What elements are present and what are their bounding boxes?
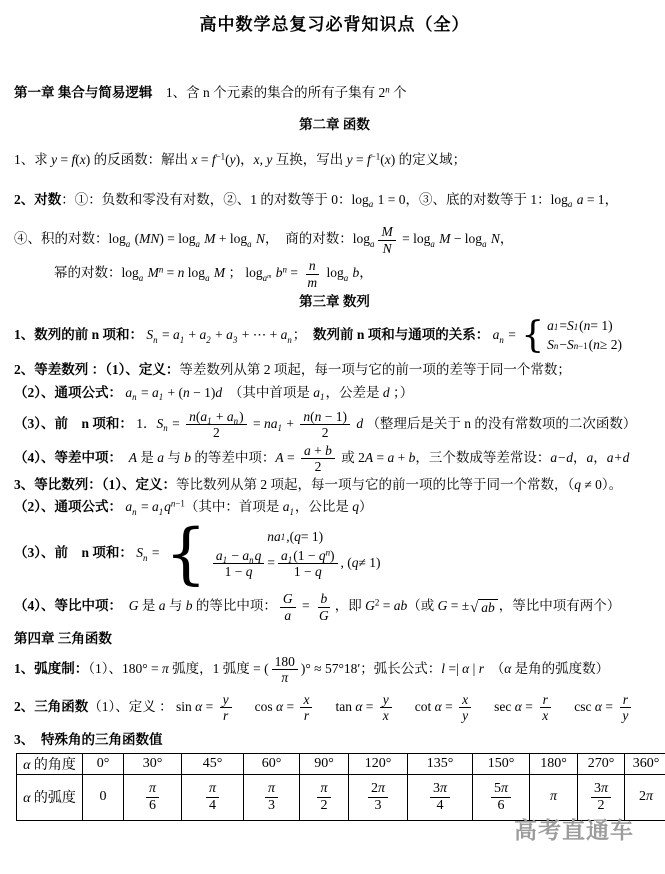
fraction-numerator: 180 [272, 654, 298, 671]
fraction-denominator: N [380, 241, 395, 257]
math-var: a [489, 327, 499, 342]
table-cell: α 的弧度 [17, 774, 83, 820]
math-var: b [184, 450, 191, 465]
math-subscript: 1 [289, 507, 293, 517]
math-var: b [325, 443, 332, 458]
math-roman: 360° [633, 756, 660, 771]
text-run: （其中首项是 [222, 385, 313, 400]
ch1-line: 第一章 集合与简易逻辑 1、含 n 个元素的集合的所有子集有 2n 个 [14, 83, 655, 103]
math-subscript: n [153, 335, 157, 345]
math-roman: + ⋯ + [238, 327, 280, 342]
math-roman: − [559, 337, 567, 354]
math-roman: log [109, 231, 126, 246]
gp-sum: （3）、前 n 项和： Sn = {na1 ,(q = 1)a1 − anq1 … [14, 521, 655, 587]
math-var: a+d [607, 450, 630, 465]
math-fraction: n(n − 1)2 [300, 409, 350, 441]
math-subscript: n [163, 423, 167, 433]
fn-log-3: 幂的对数：loga Mn = n loga M ； logam bn = nm … [54, 258, 655, 290]
math-var: a [122, 385, 132, 400]
math-var: q [255, 548, 262, 563]
math-roman: log [242, 265, 263, 280]
math-subscript: 1 [159, 392, 163, 402]
text-run: ，③、底的对数等于 1： [405, 192, 550, 207]
math-subscript: 3 [233, 335, 237, 345]
math-roman: − 1) [321, 409, 347, 424]
ap-sum: （3）、前 n 项和： 1．Sn = n(a1 + an)2 = na1 + n… [14, 409, 655, 441]
math-roman: − log [450, 231, 482, 246]
math-roman: ≥ 2) [600, 337, 622, 354]
math-var: ab [481, 600, 495, 615]
math-roman: log [122, 265, 139, 280]
fraction-numerator: π [206, 781, 219, 798]
text-run: ， [359, 265, 373, 280]
math-fraction: 3π4 [430, 781, 450, 814]
math-var: π [162, 661, 169, 676]
math-fraction: 5π6 [491, 781, 511, 814]
math-roman: = [283, 699, 297, 714]
math-roman: 3 [268, 798, 275, 813]
math-roman: 1 − [225, 564, 246, 579]
table-cell: 150° [473, 753, 530, 774]
math-var: α [273, 699, 283, 714]
math-subscript: n [287, 335, 291, 345]
ch2-heading: 第二章 函数 [14, 115, 655, 135]
math-fraction: xr [300, 692, 312, 724]
ap-def: 2、等差数列 ：（1）、定义：等差数列从第 2 项起，每一项与它的前一项的差等于… [14, 360, 655, 380]
fraction-numerator: M [378, 224, 395, 241]
math-var: a [227, 409, 234, 424]
math-roman: 135° [427, 756, 454, 771]
fraction-numerator: 3π [430, 781, 450, 798]
text-run: 的反函数：解出 [90, 152, 191, 167]
math-supscript: −1 [216, 151, 225, 161]
document-body: 第一章 集合与简易逻辑 1、含 n 个元素的集合的所有子集有 2n 个第二章 函… [14, 83, 655, 750]
math-roman: = ± [447, 598, 469, 613]
math-roman: ) [239, 409, 244, 424]
bold-text-run: 2、等差数列 ：（1）、定义： [14, 362, 179, 377]
table-cell: π4 [182, 774, 244, 820]
special-angles-table-wrap: α 的角度0°30°45°60°90°120°135°150°180°270°3… [14, 753, 655, 821]
fraction-numerator: y [220, 692, 232, 709]
text-run: ；弧长公式： [360, 661, 441, 676]
fraction-denominator: 4 [206, 798, 219, 814]
math-var: S [133, 545, 143, 560]
fraction-numerator: 2π [368, 781, 388, 798]
math-subscript: 1 [180, 335, 184, 345]
bold-text-run: 第一章 集合与简易逻辑 [14, 85, 152, 100]
bold-text-run: （3）、前 n 项和： [14, 416, 133, 431]
table-cell: α 的角度 [17, 753, 83, 774]
math-roman: + log [216, 231, 248, 246]
table-cell: 45° [182, 753, 244, 774]
math-roman: + ( [164, 385, 183, 400]
fraction-denominator: r [220, 708, 231, 724]
math-roman: −1 [175, 499, 184, 509]
fraction-numerator: G [280, 591, 296, 608]
math-roman: 2 [639, 789, 646, 804]
math-fraction: 180π [272, 654, 298, 686]
math-var: x [303, 692, 309, 707]
table-cell: π3 [244, 774, 300, 820]
seq-sum: 1、数列的前 n 项和： Sn = a1 + a2 + a3 + ⋯ + an；… [14, 318, 655, 354]
document-page: 高中数学总复习必背知识点（全） 第一章 集合与简易逻辑 1、含 n 个元素的集合… [0, 0, 665, 874]
math-roman: 0 [100, 789, 107, 804]
math-var: α [192, 699, 202, 714]
math-roman: log [551, 192, 568, 207]
bold-text-run: 第四章 三角函数 [14, 631, 112, 646]
math-fraction: Ga [280, 591, 296, 623]
math-supscript: n−1 [171, 499, 185, 509]
math-roman: 2 [358, 450, 365, 465]
math-subscript: a [369, 199, 373, 209]
math-roman: 3 [433, 781, 440, 796]
math-var: x [383, 708, 389, 723]
text-run: ， [573, 450, 587, 465]
math-subscript: n [499, 335, 503, 345]
math-subscript: am [263, 273, 272, 283]
fraction-numerator: a1 − anq [213, 548, 265, 565]
math-var: q [294, 529, 301, 546]
text-run: 的定义域； [395, 152, 466, 167]
math-roman: sec [494, 699, 511, 714]
math-roman: 4 [436, 798, 443, 813]
math-roman: cos [255, 699, 273, 714]
bold-text-run: （2）、通项公式： [14, 385, 122, 400]
math-roman: = [138, 385, 152, 400]
math-var: y [462, 708, 468, 723]
math-roman: = ( [253, 661, 268, 676]
math-roman: 3 [374, 798, 381, 813]
fraction-denominator: 2 [319, 425, 332, 441]
math-var: n [189, 409, 196, 424]
table-cell: 0 [83, 774, 124, 820]
fraction-denominator: 6 [494, 798, 507, 814]
math-roman: = [602, 699, 616, 714]
math-var: π [209, 781, 216, 796]
math-roman: 45° [203, 756, 223, 771]
math-roman: 30° [143, 756, 163, 771]
math-subscript: a [205, 273, 209, 283]
math-roman: 2 [371, 781, 378, 796]
math-var: M [201, 231, 216, 246]
math-var: b [321, 591, 328, 606]
math-var: π [268, 781, 275, 796]
ap-middle: （4）、等差中项： A 是 a 与 b 的等差中项：A = a + b2 或 2… [14, 443, 655, 475]
math-var: G [129, 598, 139, 613]
text-run: 等比数列从第 2 项起，每一项与它的前一项的比等于同一个常数，（ [176, 477, 574, 492]
math-roman: 5 [494, 781, 501, 796]
math-roman: cot [415, 699, 432, 714]
text-run: （1）、 [88, 661, 122, 676]
cases-column: na1 ,(q = 1)a1 − anq1 − q = a1(1 − qn)1 … [210, 529, 381, 580]
text-run: ； [225, 265, 242, 280]
math-var: α [431, 699, 441, 714]
math-roman: + [283, 416, 297, 431]
math-fraction: a + b2 [301, 443, 335, 475]
text-run: 幂的对数： [54, 265, 122, 280]
gp-def: 3、等比数列：（1）、定义：等比数列从第 2 项起，每一项与它的前一项的比等于同… [14, 475, 655, 495]
text-run: 互换，写出 [272, 152, 346, 167]
math-subscript: a [139, 273, 143, 283]
text-run [115, 598, 129, 613]
math-fraction: bG [316, 591, 332, 623]
math-roman: ≠ 1) [359, 555, 381, 572]
fraction-denominator: 3 [371, 798, 384, 814]
math-roman: = [138, 499, 152, 514]
math-roman: 1． [133, 416, 157, 431]
math-var: a [573, 192, 583, 207]
text-run [115, 450, 129, 465]
math-roman: ) = log [159, 231, 195, 246]
table-cell: 180° [530, 753, 578, 774]
bold-text-run: 第三章 数列 [299, 294, 370, 309]
math-var: S [567, 337, 574, 354]
math-var: a [152, 385, 159, 400]
ap-general: （2）、通项公式： an = a1 + (n − 1)d （其中首项是 a1，公… [14, 383, 655, 403]
math-subscript: 1 [159, 507, 163, 517]
math-roman: = [202, 699, 216, 714]
math-roman: − [228, 548, 242, 563]
math-roman: = [379, 598, 393, 613]
math-fraction: rx [539, 692, 551, 724]
table-cell: 135° [408, 753, 473, 774]
text-run: ）。 [602, 477, 622, 492]
math-roman: (1 − [293, 548, 319, 563]
math-subscript: a [568, 199, 572, 209]
math-var: y [223, 692, 229, 707]
fraction-denominator: 2 [317, 798, 330, 814]
math-fraction: 2π3 [368, 781, 388, 814]
fraction-denominator: 1 − q [291, 564, 325, 580]
math-roman: + [212, 327, 226, 342]
table-cell: π2 [300, 774, 349, 820]
case-row: a1 − anq1 − q = a1(1 − qn)1 − q , (q ≠ 1… [210, 548, 381, 580]
math-subscript: 1 [278, 423, 282, 433]
math-var: a [159, 598, 166, 613]
math-subscript: a [482, 239, 486, 249]
math-var: r [304, 708, 309, 723]
math-roman: log [184, 265, 205, 280]
text-run: ；） [390, 385, 414, 400]
math-subscript: a [430, 239, 434, 249]
fraction-denominator: 4 [433, 798, 446, 814]
gp-general: （2）、通项公式： an = a1qn−1（其中：首项是 a1，公比是 q） [14, 497, 655, 517]
math-var: q [246, 564, 253, 579]
text-run: ：①：负数和零没有对数，②、1 的对数等于 0： [61, 192, 351, 207]
math-var: α [591, 699, 601, 714]
math-roman: 180 [275, 654, 295, 669]
math-var: S [547, 337, 554, 354]
math-var: α [511, 699, 521, 714]
fraction-numerator: 3π [591, 781, 611, 798]
math-var: M [211, 265, 226, 280]
table-cell: 0° [83, 753, 124, 774]
math-roman: log [323, 265, 344, 280]
case-row: a1 = S1(n = 1) [547, 318, 622, 335]
text-run: ，等比中项有两个） [499, 598, 621, 613]
math-fraction: 3π2 [591, 781, 611, 814]
math-fraction: xy [459, 692, 471, 724]
math-var: M [144, 265, 159, 280]
math-var: N [383, 241, 392, 256]
table-row: α 的角度0°30°45°60°90°120°135°150°180°270°3… [17, 753, 665, 774]
math-roman: sin [173, 699, 192, 714]
fraction-denominator: r [301, 708, 312, 724]
text-run: ，公差是 [325, 385, 382, 400]
case-row: na1 ,(q = 1) [210, 529, 381, 546]
math-roman: = [362, 699, 376, 714]
math-fraction: a1(1 − qn)1 − q [278, 548, 338, 580]
bold-text-run: （4）、等差中项： [14, 450, 115, 465]
math-var: a−d [550, 450, 573, 465]
table-cell: 30° [124, 753, 182, 774]
math-roman: = [353, 152, 367, 167]
bold-text-run: 数列前 n 项和与通项的关系： [313, 327, 489, 342]
math-var: q [319, 548, 326, 563]
fraction-numerator: n(n − 1) [300, 409, 350, 426]
text-run: 等差数列从第 2 项起，每一项与它的前一项的差等于同一个常数； [179, 362, 571, 377]
math-roman: tan [335, 699, 352, 714]
fraction-denominator: 2 [210, 425, 223, 441]
math-roman: + [185, 327, 199, 342]
math-var: b [186, 598, 193, 613]
math-var: q [352, 555, 359, 572]
math-fraction: π6 [146, 781, 159, 814]
math-roman: −1 [578, 341, 587, 351]
math-subscript: a [370, 239, 374, 249]
math-var: d [353, 416, 363, 431]
fraction-denominator: y [619, 708, 631, 724]
math-var: na [267, 529, 281, 546]
math-roman: = 1) [301, 529, 323, 546]
math-roman: = 1) [590, 318, 612, 335]
math-var: a [226, 327, 233, 342]
math-fraction: ry [619, 692, 631, 724]
fraction-denominator: a [281, 608, 294, 624]
math-roman: 90° [314, 756, 334, 771]
math-roman: ,( [286, 529, 294, 546]
math-var: a [173, 327, 180, 342]
math-fraction: yr [220, 692, 232, 724]
math-roman: 4 [209, 798, 216, 813]
text-run: ） [359, 499, 373, 514]
case-row: Sn − Sn−1(n ≥ 2) [547, 337, 622, 354]
math-roman: 150° [488, 756, 515, 771]
fraction-numerator: y [380, 692, 392, 709]
math-roman: log [352, 192, 369, 207]
math-fraction: nm [304, 258, 320, 290]
math-var: r [223, 708, 228, 723]
table-cell: 2π3 [349, 774, 408, 820]
math-roman: 1 = 0 [374, 192, 405, 207]
math-roman: = [163, 265, 177, 280]
bold-text-run: 2、对数 [14, 192, 61, 207]
text-run: ，三个数成等差常设： [415, 450, 550, 465]
fraction-numerator: π [317, 781, 330, 798]
bold-text-run: （3）、前 n 项和： [14, 545, 133, 560]
math-roman: 180° = [122, 661, 162, 676]
math-var: q [164, 499, 171, 514]
math-roman: 3 [594, 781, 601, 796]
table-cell: 3π4 [408, 774, 473, 820]
math-var: G [319, 608, 329, 623]
math-var: π [601, 781, 608, 796]
math-var: ab [394, 598, 408, 613]
bold-text-run: （2）、通项公式： [14, 499, 122, 514]
text-run: ，即 [335, 598, 365, 613]
text-run: ， 商的对数： [265, 231, 353, 246]
watermark-logo: 高考直通车 [514, 812, 634, 845]
text-run: 或 [338, 450, 358, 465]
math-var: q [315, 564, 322, 579]
math-subscript: n [234, 416, 238, 426]
bold-text-run: 3、 特殊角的三角函数值 [14, 732, 163, 747]
math-var: y [383, 692, 389, 707]
math-var: π [320, 781, 327, 796]
math-fraction: π4 [206, 781, 219, 814]
math-var: q [574, 477, 581, 492]
table-cell: π6 [124, 774, 182, 820]
math-var: G [438, 598, 448, 613]
math-var: r [543, 692, 548, 707]
bold-text-run: （4）、等比中项： [14, 598, 115, 613]
math-roman: 60° [262, 756, 282, 771]
math-fraction: a1 − anq1 − q [213, 548, 265, 580]
math-roman: , ( [341, 555, 352, 572]
math-var: a [216, 548, 223, 563]
text-run: 1、含 n 个元素的集合的所有子集有 [152, 85, 378, 100]
math-var: a [284, 608, 291, 623]
text-run: （其中：首项是 [185, 499, 283, 514]
fn-log-1: 2、对数：①：负数和零没有对数，②、1 的对数等于 0：loga 1 = 0，③… [14, 190, 655, 210]
math-fraction: n(a1 + an)2 [186, 409, 247, 441]
math-var: a [122, 499, 132, 514]
math-var: N [253, 231, 265, 246]
math-var: S [143, 327, 153, 342]
math-roman: + [311, 443, 325, 458]
math-roman: = [267, 555, 275, 572]
math-roman: = [373, 450, 387, 465]
fraction-numerator: x [300, 692, 312, 709]
math-roman: log [353, 231, 370, 246]
math-var: b [349, 265, 359, 280]
math-var: A [365, 450, 373, 465]
math-subscript: 1 [320, 392, 324, 402]
math-roman: = [287, 265, 301, 280]
math-fraction: MN [378, 224, 395, 256]
fraction-numerator: b [318, 591, 331, 608]
math-roman: 1 − [294, 564, 315, 579]
math-var: b [272, 265, 282, 280]
math-var: π [378, 781, 385, 796]
math-var: r [623, 692, 628, 707]
math-roman: 2 [213, 425, 220, 440]
math-var: A [275, 450, 283, 465]
math-subscript: n [132, 507, 136, 517]
math-var: m [267, 274, 271, 280]
math-subscript: n [143, 553, 147, 563]
fraction-numerator: n(a1 + an) [186, 409, 247, 426]
special-angles-table: α 的角度0°30°45°60°90°120°135°150°180°270°3… [16, 753, 665, 821]
table-heading: 3、 特殊角的三角函数值 [14, 730, 655, 750]
table-cell: 360° [625, 753, 665, 774]
table-cell: 90° [300, 753, 349, 774]
math-var: π [149, 781, 156, 796]
fn-inverse: 1、求 y = f(x) 的反函数：解出 x = f−1(y)，x, y 互换，… [14, 150, 655, 170]
math-var: na [264, 416, 278, 431]
fraction-denominator: 3 [265, 798, 278, 814]
math-var: π [281, 670, 288, 685]
